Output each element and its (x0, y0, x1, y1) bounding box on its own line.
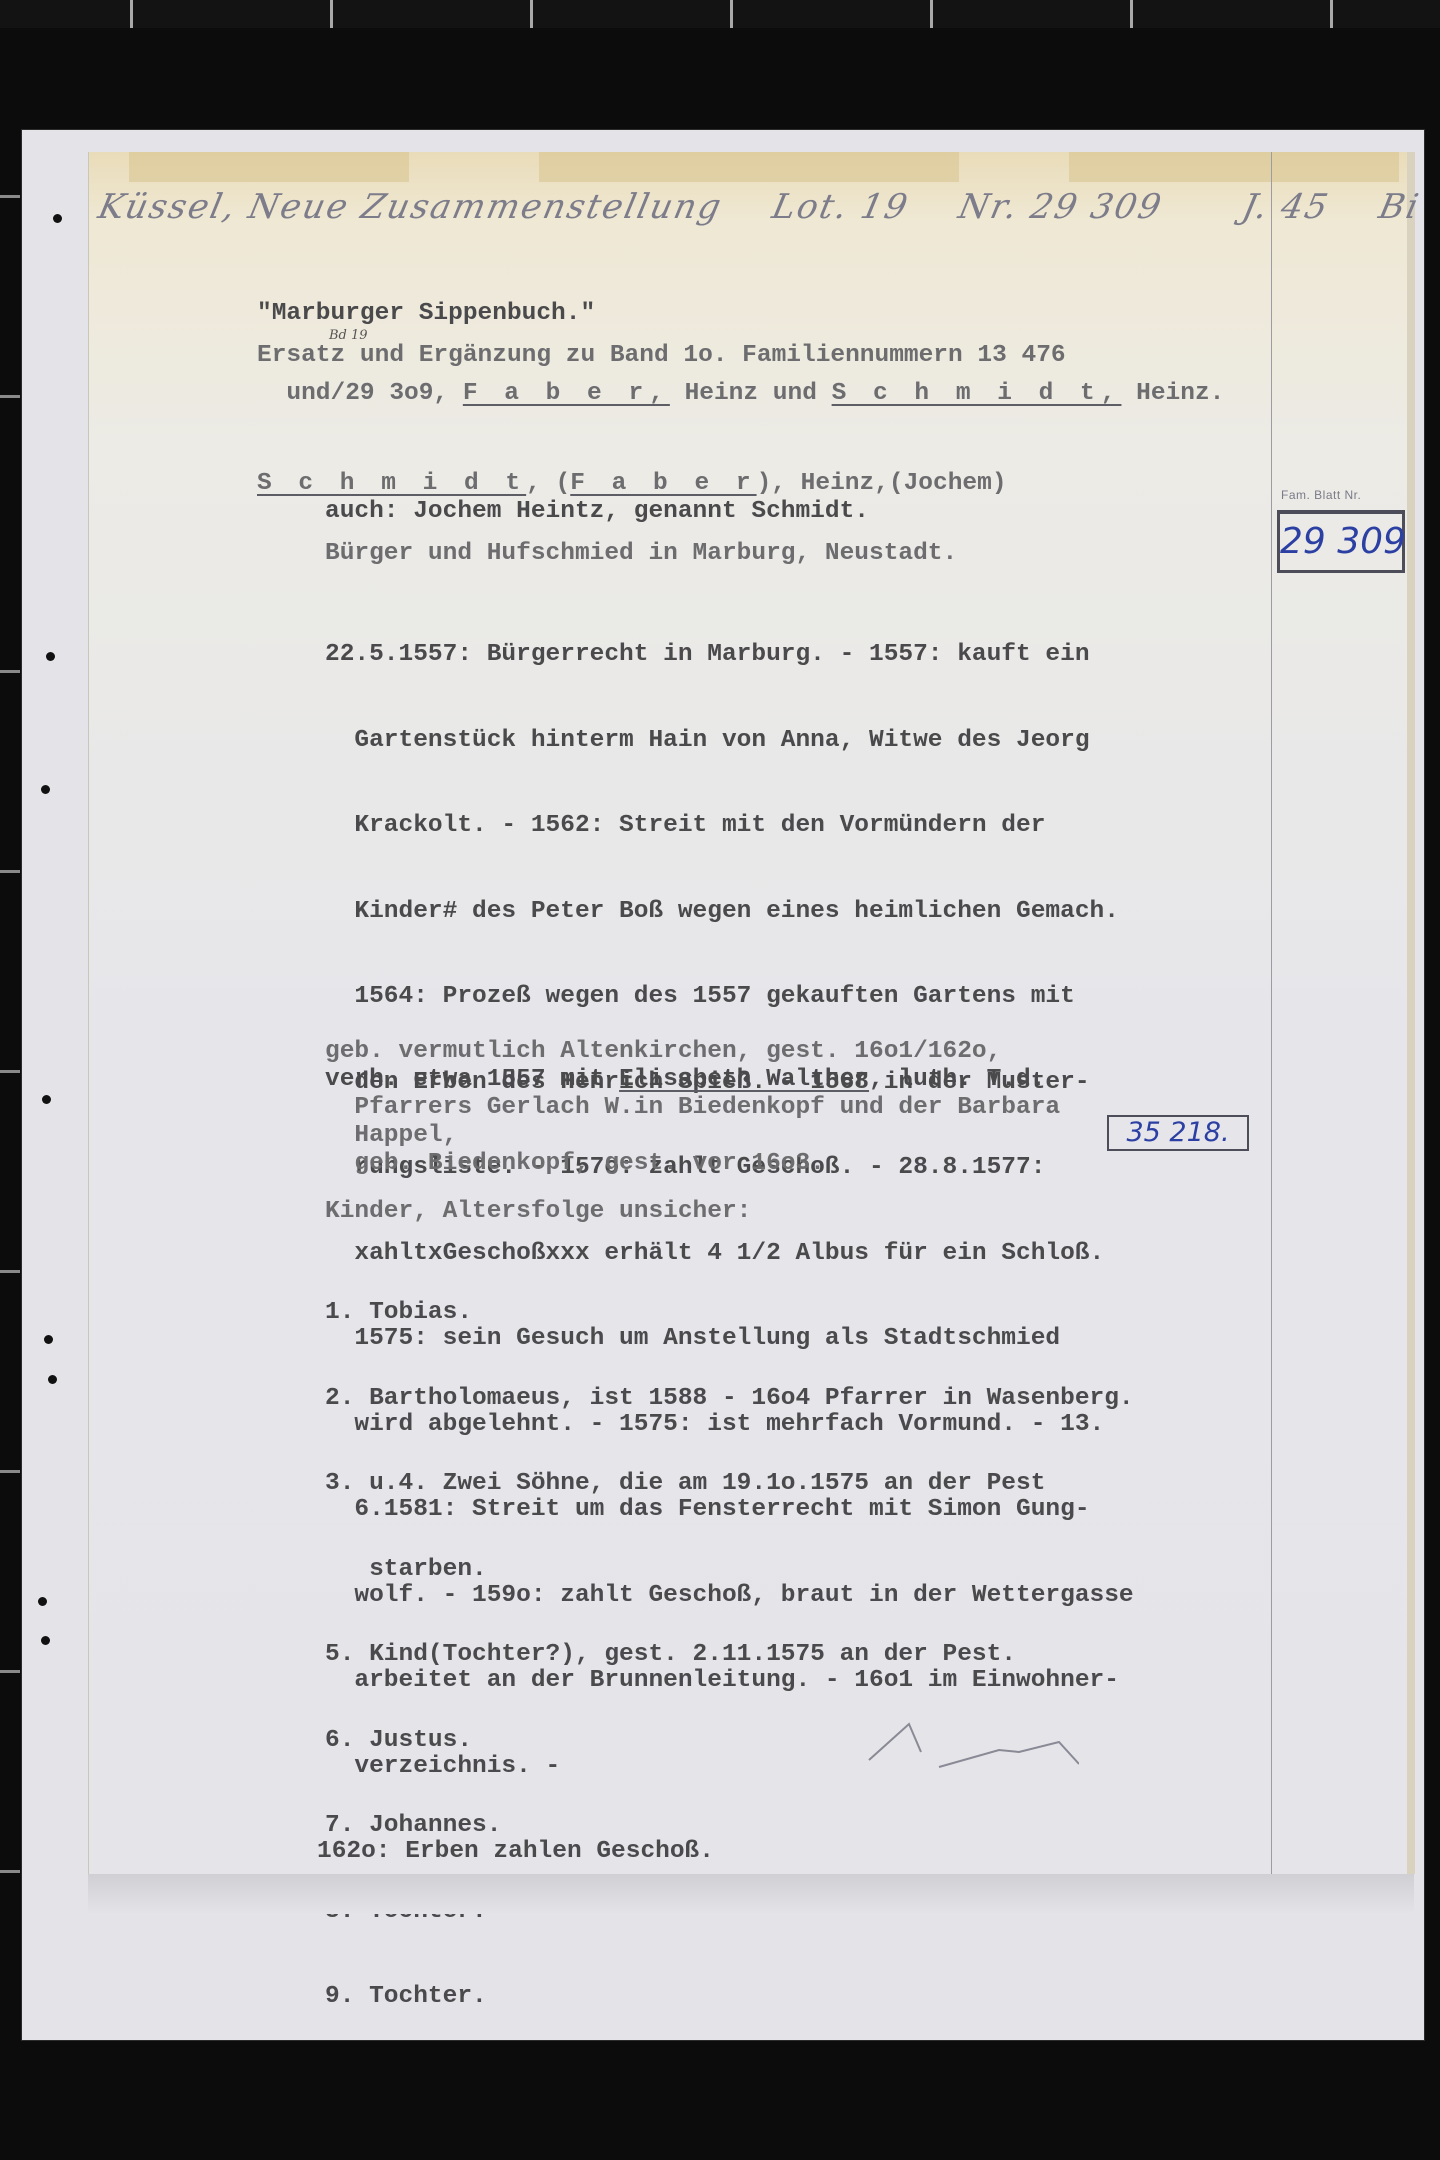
event-line: Gartenstück hinterm Hain von Anna, Witwe… (325, 727, 1134, 756)
child-item: 9. Tochter. (325, 1983, 1134, 2012)
child-item: 5. Kind(Tochter?), gest. 2.11.1575 an de… (325, 1641, 1134, 1670)
wife-reference-number: 35 218. (1107, 1115, 1249, 1151)
child-item: 3. u.4. Zwei Söhne, die am 19.1o.1575 an… (325, 1470, 1134, 1499)
ruler-tick (0, 395, 20, 398)
ruler-tick (130, 0, 133, 28)
children-list: 1. Tobias. 2. Bartholomaeus, ist 1588 - … (325, 1242, 1134, 2069)
ruler-tick (930, 0, 933, 28)
card-edge (1407, 152, 1415, 1874)
title-numbers: und/29 3o9, (257, 380, 463, 407)
ruler-tick (1330, 0, 1333, 28)
title-subtitle: Ersatz und Ergänzung zu Band 1o. Familie… (257, 342, 1066, 371)
punch-hole (41, 785, 50, 794)
tape-strip (539, 152, 959, 182)
pencil-scribble (829, 1712, 1079, 1772)
scanner-ruler-top (0, 0, 1440, 28)
event-line: 1564: Prozeß wegen des 1557 gekauften Ga… (325, 983, 1134, 1012)
handwritten-source: Küssel, Neue Zusammenstellung (95, 187, 727, 227)
title-mid: Heinz und (670, 380, 832, 407)
title-family-line: und/29 3o9, F a b e r, Heinz und S c h m… (257, 380, 1224, 409)
ruler-tick (0, 670, 20, 673)
marriage-prefix: verh. etwa 1557 mit (325, 1066, 619, 1093)
entry-name-sep: , ( (526, 470, 570, 497)
punch-hole (53, 214, 62, 223)
punch-hole (38, 1597, 47, 1606)
entry-aka: auch: Jochem Heintz, genannt Schmidt. (325, 498, 869, 527)
margin-rule (1271, 152, 1272, 1874)
handwritten-lot: Lot. 19 (769, 187, 913, 227)
handwritten-extra: Bi (1375, 187, 1423, 227)
child-item: 1. Tobias. (325, 1299, 1134, 1328)
child-item: starben. (325, 1556, 1134, 1585)
scanned-sheet: Küssel, Neue Zusammenstellung Lot. 19 Nr… (22, 130, 1424, 2040)
handwritten-number: Nr. 29 309 (955, 187, 1166, 227)
title-surname-faber: F a b e r, (463, 380, 670, 407)
ruler-tick (530, 0, 533, 28)
fam-blatt-number: 29 309 (1277, 510, 1405, 573)
wife-birth-death: geb. Biedenkopf, gest. vor 16o3. (325, 1150, 825, 1179)
wife-parents-2: Happel, (325, 1122, 457, 1151)
ruler-tick (0, 1470, 20, 1473)
ruler-tick (730, 0, 733, 28)
punch-hole (46, 652, 55, 661)
wife-parents-1: Pfarrers Gerlach W.in Biedenkopf und der… (325, 1094, 1060, 1123)
event-line: Krackolt. - 1562: Streit mit den Vormünd… (325, 812, 1134, 841)
ruler-tick (0, 195, 20, 198)
ruler-tick (0, 1270, 20, 1273)
ruler-tick (1130, 0, 1133, 28)
title-suffix: Heinz. (1121, 380, 1224, 407)
title-surname-schmidt: S c h m i d t, (832, 380, 1122, 407)
punch-hole (41, 1636, 50, 1645)
tape-strip (129, 152, 409, 182)
child-item: 7. Johannes. (325, 1812, 1134, 1841)
handwritten-header: Küssel, Neue Zusammenstellung Lot. 19 Nr… (95, 187, 1440, 227)
scanner-ruler-left (0, 130, 20, 2160)
wife-name: Elisabeth Walther (619, 1066, 869, 1093)
fam-blatt-label: Fam. Blatt Nr. (1281, 488, 1361, 502)
entry-alt-surname: F a b e r (570, 470, 756, 497)
event-line: Kinder# des Peter Boß wegen eines heimli… (325, 898, 1134, 927)
ruler-tick (0, 1070, 20, 1073)
genealogy-card: Küssel, Neue Zusammenstellung Lot. 19 Nr… (88, 152, 1415, 1874)
ruler-tick (0, 870, 20, 873)
ruler-tick (330, 0, 333, 28)
marriage-suffix: , luth. T.d. (869, 1066, 1045, 1093)
handwritten-page: J. 45 (1239, 187, 1333, 227)
entry-surname: S c h m i d t (257, 470, 526, 497)
tape-strip (1069, 152, 1399, 182)
entry-name-line: S c h m i d t, (F a b e r), Heinz,(Joche… (257, 470, 1007, 499)
entry-marriage: verh. etwa 1557 mit Elisabeth Walther, l… (325, 1066, 1045, 1095)
child-item: 2. Bartholomaeus, ist 1588 - 16o4 Pfarre… (325, 1385, 1134, 1414)
punch-hole (48, 1375, 57, 1384)
ruler-tick (0, 1670, 20, 1673)
punch-hole (44, 1335, 53, 1344)
punch-hole (42, 1095, 51, 1104)
entry-birth-death: geb. vermutlich Altenkirchen, gest. 16o1… (325, 1038, 1001, 1067)
handwritten-correction: Bd 19 (329, 322, 368, 351)
ruler-tick (0, 1870, 20, 1873)
sheet-bottom-fold (88, 1874, 1414, 1914)
entry-occupation: Bürger und Hufschmied in Marburg, Neusta… (325, 540, 957, 569)
entry-given-names: ), Heinz,(Jochem) (757, 470, 1007, 497)
event-line: 22.5.1557: Bürgerrecht in Marburg. - 155… (325, 641, 1134, 670)
document-title: "Marburger Sippenbuch." (257, 300, 595, 329)
children-heading: Kinder, Altersfolge unsicher: (325, 1198, 751, 1227)
